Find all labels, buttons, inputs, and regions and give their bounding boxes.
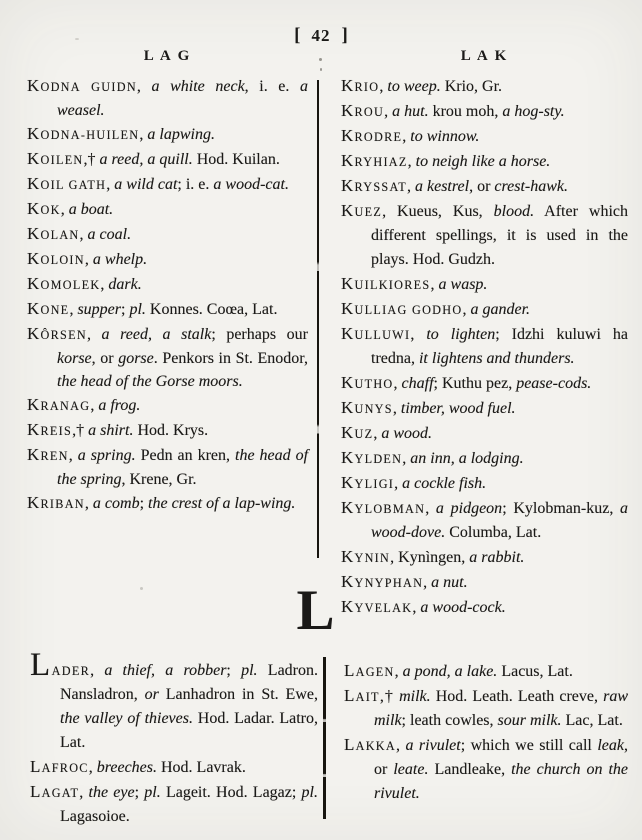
headword: KOK [27,201,61,218]
dictionary-entry: KOLAN, a coal. [27,222,308,247]
reference-text: ; which we still call [461,737,598,754]
headword: LAKKA [344,737,396,754]
headword-initial: K [27,420,40,439]
scan-speck [140,587,143,590]
headword-initial: K [27,445,40,464]
headword: KODNA-HUILEN [27,126,139,143]
reference-text: Lageit. Hod. Lagaz; [161,784,302,801]
dictionary-entry: KUILKIORES, a wasp. [341,272,628,297]
headword-smallcaps: ODNA-HUILEN [40,128,139,142]
dictionary-entry: KRIO, to weep. Krio, Gr. [341,74,628,99]
headword-smallcaps: ÔRSEN [40,328,86,342]
headword-smallcaps: OIL GATH [40,178,106,192]
definition-text: gorse [118,350,154,367]
definition-text: dark. [108,276,141,293]
reference-text: ; Kuthu pez, [434,375,517,392]
definition-text: a reed, a stalk [102,326,212,343]
headword: KRANAG [27,397,90,414]
definition-text: a rivulet [405,737,460,754]
definition-text: pl. [302,784,318,801]
reference-text: , [85,251,93,268]
reference-text: , [384,103,392,120]
headword-initial: K [341,373,354,392]
definition-text: pease-cods. [516,375,591,392]
reference-text: Hod. Krys. [133,422,208,439]
page-number-bracket-open: [ [294,25,300,46]
headword-smallcaps: RODRE [354,130,402,144]
headword: KODNA GUIDN [27,78,137,95]
headword: KRIBAN [27,495,85,512]
headword-initial: K [341,101,354,120]
definition-text: a coal. [88,226,132,243]
headword-smallcaps: RIBAN [40,497,84,511]
reference-text: , Krene, Gr. [121,471,196,488]
reference-text: Hod. Kuilan. [193,151,280,168]
headword: KUILKIORES [341,276,431,293]
headword-initial: K [27,124,40,143]
dictionary-entry: KOK, a boat. [27,197,308,222]
column-divider-bottom [323,657,326,819]
headword: KREIS [27,422,72,439]
reference-text: , i. e. [245,78,300,95]
headword-initial: K [341,547,354,566]
definition-text: a comb [93,495,140,512]
definition-text: a boat. [69,201,113,218]
headword-initial: L [30,757,42,776]
dictionary-entry: KYNIN, Kynìngen, a rabbit. [341,545,628,570]
reference-text: , [79,784,88,801]
reference-text: , [431,276,439,293]
definition-text: a spring. [78,447,136,464]
headword-smallcaps: OLOIN [40,253,84,267]
headword-smallcaps: ADER [52,664,90,678]
headword-initial: K [341,498,354,517]
reference-text: Konnes. Coœa, Lat. [146,301,278,318]
dictionary-column-top-left: KODNA GUIDN, a white neck, i. e. a wease… [27,74,308,516]
reference-text: Lagasoioe. [60,808,130,825]
dictionary-entry: KRIBAN, a comb; the crest of a lap-wing. [27,491,308,516]
headword-initial: K [341,299,354,318]
dictionary-column-bottom-left: LADER, a thief, a robber; pl. Ladron. Na… [30,659,318,829]
headword: KRYSSAT [341,178,407,195]
headword-smallcaps: UNYS [354,402,392,416]
reference-text: , [425,500,436,517]
headword-smallcaps: UILKIORES [354,278,430,292]
headword-initial: K [27,395,40,414]
headword-initial: L [30,782,42,801]
headword-initial: K [341,201,354,220]
reference-text: , [394,475,402,492]
definition-text: a wood. [381,425,432,442]
headword-smallcaps: OK [40,203,60,217]
reference-text: ; perhaps our [211,326,308,343]
headword-smallcaps: RYHIAZ [354,155,407,169]
definition-text: korse [57,350,92,367]
headword: KRYHIAZ [341,153,408,170]
dictionary-entry: LADER, a thief, a robber; pl. Ladron. Na… [30,659,318,755]
definition-text: a shirt. [88,422,133,439]
dictionary-entry: KUTHO, chaff; Kuthu pez, pease-cods. [341,371,628,396]
definition-text: milk. [399,688,431,705]
headword-initial: K [341,176,354,195]
definition-text: the valley of thieves. [60,710,193,727]
headword-initial: L [30,647,52,683]
page-number-value: 42 [312,26,331,45]
headword-initial: K [27,493,40,512]
headword: LAGAT [30,784,79,801]
headword: KOIL GATH [27,176,106,193]
dictionary-entry: KODNA GUIDN, a white neck, i. e. a wease… [27,74,308,122]
definition-text: chaff [402,375,434,392]
dictionary-entry: KREN, a spring. Pedn an kren, the head o… [27,443,308,491]
reference-text: ; [226,662,241,679]
headword-initial: K [27,174,40,193]
definition-text: the eye [89,784,135,801]
headword-smallcaps: AKKA [356,739,396,753]
definition-text: supper [77,301,121,318]
definition-text: pl. [144,784,160,801]
headword-initial: K [341,151,354,170]
dictionary-entry: LAKKA, a rivulet; which we still call le… [344,733,628,806]
definition-text: or [145,686,159,703]
reference-text: , [407,178,415,195]
headword-initial: K [341,423,354,442]
definition-text: timber, wood fuel. [401,400,516,417]
definition-text: a cockle fish. [402,475,486,492]
dictionary-entry: KULLUWI, to lighten; Idzhi kuluwi ha tre… [341,322,628,371]
reference-text: Landleake, [428,761,511,778]
reference-text: , [395,663,403,680]
headword-smallcaps: OLAN [40,228,79,242]
dictionary-entry: KRANAG, a frog. [27,393,308,418]
reference-text: , [85,495,93,512]
reference-text: , Kueus, Kus, [382,203,494,220]
headword-initial: K [27,199,40,218]
headword: KYLIGI [341,475,394,492]
definition-text: to winnow. [410,128,479,145]
definition-text: blood. [494,203,534,220]
dictionary-entry: KYLOBMAN, a pidgeon; Kylobman-kuz, a woo… [341,496,628,545]
dictionary-column-bottom-right: LAGEN, a pond, a lake. Lacus, Lat.LAIT,†… [344,659,628,806]
definition-text: a hut. [392,103,428,120]
definition-text: a pond, a lake. [403,663,498,680]
reference-text: , [90,662,104,679]
headword: KONE [27,301,69,318]
reference-text: ; i. e. [177,176,213,193]
headword-smallcaps: YLDEN [354,452,402,466]
column-divider-top [317,80,319,558]
headword-smallcaps: AGEN [356,665,395,679]
headword-smallcaps: RANAG [40,399,90,413]
reference-text: , [89,759,97,776]
dictionary-column-top-right: KRIO, to weep. Krio, Gr.KROU, a hut. kro… [341,74,628,620]
headword-initial: K [341,274,354,293]
headword-initial: K [27,274,40,293]
dictionary-entry: KOILEN,† a reed, a quill. Hod. Kuilan. [27,147,308,172]
dictionary-entry: KOMOLEK, dark. [27,272,308,297]
headword-initial: K [27,76,40,95]
reference-text: ; [140,495,148,512]
headword: KOLOIN [27,251,85,268]
definition-text: the head of the Gorse moors. [57,373,243,390]
headword-initial: K [341,76,354,95]
headword: KOLAN [27,226,80,243]
dictionary-entry: KYLDEN, an inn, a lodging. [341,446,628,471]
dictionary-entry: KODNA-HUILEN, a lapwing. [27,122,308,147]
headword-smallcaps: YLIGI [354,477,394,491]
reference-text: , or [469,178,494,195]
reference-text: , [87,326,102,343]
headword-initial: L [344,735,356,754]
headword-initial: K [27,224,40,243]
definition-text: to weep. [387,78,440,95]
definition-text: the crest of a lap-wing. [148,495,295,512]
definition-text: sour milk. [498,712,562,729]
definition-text: a reed, a quill. [100,151,193,168]
headword-initial: K [27,299,40,318]
reference-text: , Kynìngen, [390,549,469,566]
headword: LAGEN [344,663,395,680]
reference-text: ,† [84,151,100,168]
reference-text: ,† [72,422,88,439]
definition-text: leate. [393,761,428,778]
definition-text: a wood-cat. [213,176,289,193]
running-head-right: L A K [341,48,628,65]
headword-smallcaps: REIS [40,424,72,438]
headword-smallcaps: ROU [354,105,384,119]
dictionary-entry: KRYSSAT, a kestrel, or crest-hawk. [341,174,628,199]
headword-initial: K [341,324,354,343]
definition-text: breeches. [97,759,157,776]
definition-text: pl. [129,301,145,318]
reference-text: krou moh, [429,103,503,120]
dictionary-entry: KUZ, a wood. [341,421,628,446]
scan-speck [75,38,79,40]
headword-smallcaps: RYSSAT [354,180,407,194]
reference-text: ; [135,784,145,801]
dictionary-entry: KOLOIN, a whelp. [27,247,308,272]
headword-initial: K [27,324,40,343]
headword: KUTHO [341,375,394,392]
headword-initial: K [341,398,354,417]
reference-text: Lac, Lat. [562,712,623,729]
headword-smallcaps: UEZ [354,205,382,219]
headword: KRODRE [341,128,402,145]
headword-initial: K [341,473,354,492]
dictionary-entry: KYLIGI, a cockle fish. [341,471,628,496]
headword-smallcaps: UZ [354,427,373,441]
headword: LAIT [344,688,380,705]
running-head-left: L A G [27,48,308,65]
headword: KÔRSEN [27,326,87,343]
reference-text: , [410,326,426,343]
definition-text: a thief, a robber [104,662,226,679]
definition-text: to lighten [426,326,495,343]
headword: KYNIN [341,549,390,566]
headword-smallcaps: YLOBMAN [354,502,425,516]
headword-initial: L [344,661,356,680]
definition-text: a lapwing. [147,126,215,143]
section-letter-L: L [0,580,632,642]
reference-text: , [61,201,69,218]
headword-smallcaps: YNIN [354,551,390,565]
headword: KROU [341,103,384,120]
headword-smallcaps: RIO [354,80,379,94]
reference-text: , [69,447,78,464]
definition-text: a white neck [152,78,245,95]
dictionary-entry: KUEZ, Kueus, Kus, blood. After which dif… [341,199,628,272]
reference-text: , [408,153,416,170]
headword: KYLOBMAN [341,500,425,517]
dictionary-entry: KUNYS, timber, wood fuel. [341,396,628,421]
headword-smallcaps: REN [40,449,68,463]
definition-text: a wasp. [439,276,488,293]
headword-smallcaps: ODNA GUIDN [40,80,136,94]
headword: KYLDEN [341,450,402,467]
reference-text: Lacus, Lat. [497,663,573,680]
reference-text: Pedn an kren, [136,447,235,464]
reference-text: , [463,301,471,318]
dictionary-entry: KONE, supper; pl. Konnes. Coœa, Lat. [27,297,308,322]
reference-text: Lanhadron in St. Ewe, [159,686,318,703]
headword-smallcaps: AFROC [42,761,89,775]
definition-text: an inn, a lodging. [410,450,523,467]
dictionary-entry: LAFROC, breeches. Hod. Lavrak. [30,755,318,780]
reference-text: , [394,375,402,392]
reference-text: ; Kylobman-kuz, [502,500,620,517]
headword: KUNYS [341,400,393,417]
definition-text: it lightens and thunders. [419,350,575,367]
headword-initial: K [341,126,354,145]
headword-smallcaps: OILEN [40,153,83,167]
scan-speck [319,58,322,61]
reference-text: Hod. Leath. Leath creve, [431,688,603,705]
reference-text: , or [92,350,119,367]
headword-initial: K [27,249,40,268]
reference-text: , [393,400,401,417]
page-number: [42] [271,25,371,47]
headword-smallcaps: OMOLEK [40,278,100,292]
definition-text: a hog-sty. [502,103,564,120]
headword-initial: L [344,686,356,705]
dictionary-entry: LAIT,† milk. Hod. Leath. Leath creve, ra… [344,684,628,733]
dictionary-entry: KULLIAG GODHO, a gander. [341,297,628,322]
headword-smallcaps: UTHO [354,377,393,391]
headword-smallcaps: ULLIAG GODHO [354,303,462,317]
reference-text: ,† [380,688,399,705]
scan-speck [320,68,322,71]
headword: KULLUWI [341,326,410,343]
reference-text: , [137,78,152,95]
dictionary-entry: LAGEN, a pond, a lake. Lacus, Lat. [344,659,628,684]
definition-text: a wild cat [114,176,177,193]
book-page: L A G [42] L A K KODNA GUIDN, a white ne… [0,0,642,840]
definition-text: leak [597,737,624,754]
definition-text: a gander. [471,301,531,318]
reference-text: Columba, Lat. [445,524,541,541]
reference-text: Hod. Lavrak. [157,759,246,776]
definition-text: pl. [241,662,257,679]
headword-smallcaps: AGAT [42,786,80,800]
definition-text: a rabbit. [469,549,524,566]
headword: KREN [27,447,69,464]
reference-text: , [80,226,88,243]
definition-text: crest-hawk. [494,178,568,195]
definition-text: to neigh like a horse. [416,153,551,170]
dictionary-entry: KRYHIAZ, to neigh like a horse. [341,149,628,174]
definition-text: a pidgeon [436,500,502,517]
definition-text: a kestrel [415,178,469,195]
headword: KRIO [341,78,379,95]
headword: KOILEN [27,151,84,168]
headword: KUZ [341,425,373,442]
dictionary-entry: KOIL GATH, a wild cat; i. e. a wood-cat. [27,172,308,197]
reference-text: Krio, Gr. [441,78,502,95]
headword: LADER [30,662,90,679]
dictionary-entry: KROU, a hut. krou moh, a hog-sty. [341,99,628,124]
definition-text: a whelp. [93,251,147,268]
definition-text: a frog. [98,397,140,414]
dictionary-entry: KÔRSEN, a reed, a stalk; perhaps our kor… [27,322,308,393]
headword-smallcaps: ULLUWI [354,328,410,342]
headword: KUEZ [341,203,382,220]
headword: KOMOLEK [27,276,100,293]
reference-text: ; leath cowles, [402,712,498,729]
page-number-bracket-close: ] [342,25,348,46]
dictionary-entry: KRODRE, to winnow. [341,124,628,149]
headword: KULLIAG GODHO [341,301,463,318]
dictionary-entry: KREIS,† a shirt. Hod. Krys. [27,418,308,443]
headword-smallcaps: AIT [356,690,380,704]
reference-text: . Penkors in St. Enodor, [154,350,308,367]
headword-initial: K [341,448,354,467]
dictionary-entry: LAGAT, the eye; pl. Lageit. Hod. Lagaz; … [30,780,318,829]
headword-smallcaps: ONE [40,303,69,317]
headword-initial: K [27,149,40,168]
headword: LAFROC [30,759,89,776]
